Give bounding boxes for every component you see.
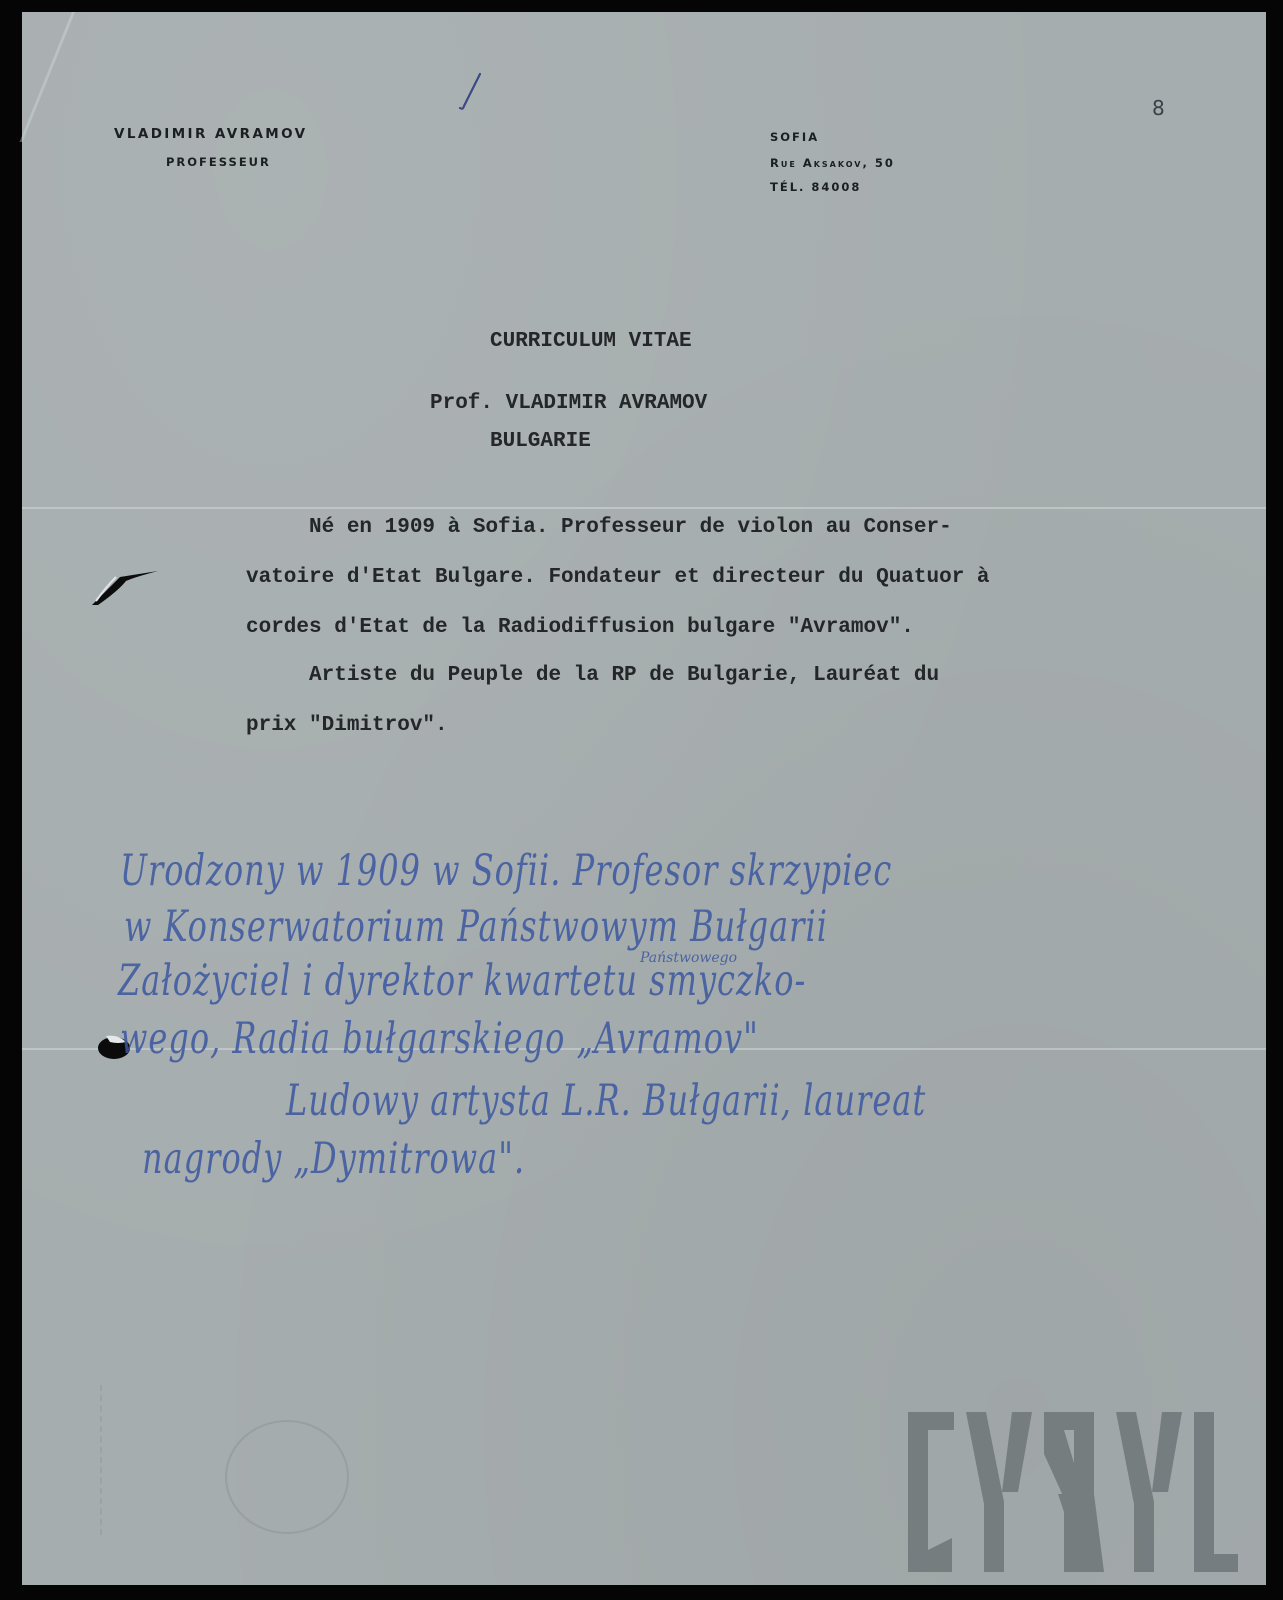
letterhead-city: SOFIA: [770, 130, 819, 144]
letterhead-phone: Tél. 84008: [770, 180, 861, 194]
handwritten-line: nagrody „Dymitrowa".: [142, 1133, 525, 1184]
subject-country: BULGARIE: [490, 430, 591, 453]
page-number: 8: [1152, 96, 1165, 120]
handwritten-line: wego, Radia bułgarskiego „Avramov": [120, 1013, 759, 1064]
handwritten-line: Ludowy artysta L.R. Bułgarii, laureat: [286, 1075, 926, 1126]
typed-line: prix "Dimitrov".: [246, 714, 448, 737]
paper-crease: [19, 12, 75, 142]
pen-tick-icon: [436, 70, 486, 120]
faint-stamp-text: [100, 1385, 142, 1535]
typed-line: vatoire d'Etat Bulgare. Fondateur et dir…: [246, 566, 990, 589]
letterhead-name: VLADIMIR AVRAMOV: [114, 126, 308, 142]
typed-line: Artiste du Peuple de la RP de Bulgarie, …: [246, 664, 939, 687]
cyryl-watermark-logo: [908, 1412, 1238, 1572]
document-heading: CURRICULUM VITAE: [490, 330, 692, 353]
subject-name: Prof. VLADIMIR AVRAMOV: [430, 392, 707, 415]
fold-line-upper: [22, 507, 1266, 509]
faint-stamp-emblem: [225, 1420, 349, 1534]
typed-line: cordes d'Etat de la Radiodiffusion bulga…: [246, 616, 914, 639]
handwritten-line: Urodzony w 1909 w Sofii. Profesor skrzyp…: [120, 845, 892, 896]
handwritten-line: w Konserwatorium Państwowym Bułgarii: [124, 901, 828, 952]
handwritten-line: Założyciel i dyrektor kwartetu smyczko-: [118, 955, 806, 1006]
typed-line: Né en 1909 à Sofia. Professeur de violon…: [246, 516, 952, 539]
document-page: [22, 12, 1266, 1585]
letterhead-street: Rue Aksakov, 50: [770, 156, 895, 170]
letterhead-title: PROFESSEUR: [166, 155, 271, 169]
paper-tear-mark: [90, 565, 160, 610]
